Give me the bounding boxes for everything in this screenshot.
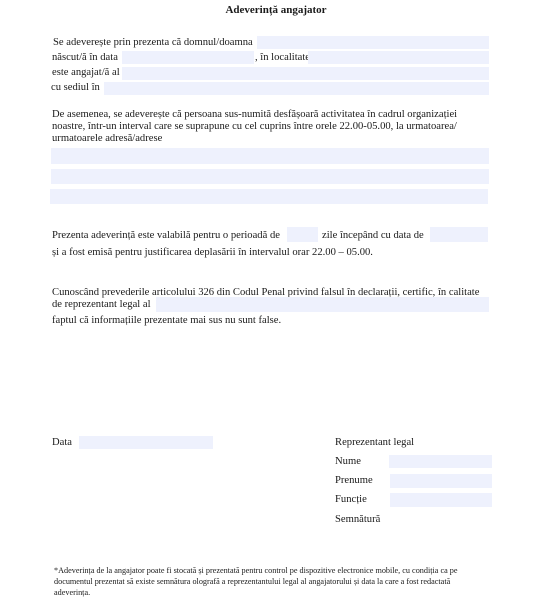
- declaration-text-line2: de reprezentant legal al: [52, 299, 151, 311]
- rep-surname-field[interactable]: [390, 474, 492, 488]
- activity-text-line2: noastre, într-un interval care se suprap…: [52, 121, 457, 133]
- birth-date-label: născut/ă în data: [52, 52, 118, 64]
- surname-label: Prenume: [335, 475, 373, 487]
- name-label: Nume: [335, 456, 361, 468]
- function-label: Funcție: [335, 494, 367, 506]
- locality-field[interactable]: [308, 51, 489, 64]
- employer-field[interactable]: [122, 67, 489, 80]
- address-field-1[interactable]: [51, 148, 489, 164]
- declaration-text-line3: faptul că informațiile prezentate mai su…: [52, 315, 281, 327]
- validity-text-b: zile începând cu data de: [322, 230, 424, 242]
- locality-label: , în localitatea: [255, 52, 315, 64]
- legal-rep-heading: Reprezentant legal: [335, 437, 414, 449]
- footnote-line3: adeverința.: [54, 587, 90, 598]
- employer-label: este angajat/ă al: [52, 67, 120, 79]
- address-field-2[interactable]: [51, 169, 489, 184]
- headquarters-field[interactable]: [104, 82, 489, 95]
- address-field-3[interactable]: [50, 189, 488, 204]
- document-title: Adeverință angajator: [0, 4, 539, 16]
- start-date-field[interactable]: [430, 227, 488, 242]
- legal-entity-field[interactable]: [156, 297, 489, 312]
- activity-text-line3: urmatoarele adresă/adrese: [52, 133, 162, 145]
- date-field[interactable]: [79, 436, 213, 449]
- signature-label: Semnătură: [335, 514, 380, 526]
- activity-text-line1: De asemenea, se adeverește că persoana s…: [52, 109, 457, 121]
- days-field[interactable]: [287, 227, 318, 242]
- rep-name-field[interactable]: [389, 455, 492, 468]
- date-label: Data: [52, 437, 72, 449]
- headquarters-label: cu sediul în: [51, 82, 100, 94]
- footnote-line2: documentul prezentat să existe semnătura…: [54, 576, 450, 587]
- intro-label: Se adeverește prin prezenta că domnul/do…: [53, 37, 253, 49]
- footnote-line1: *Adeverința de la angajator poate fi sto…: [54, 565, 458, 576]
- birth-date-field[interactable]: [122, 51, 254, 64]
- validity-text-a: Prezenta adeverință este valabilă pentru…: [52, 230, 280, 242]
- employee-name-field[interactable]: [257, 36, 489, 49]
- validity-text-line2: și a fost emisă pentru justificarea depl…: [52, 247, 373, 259]
- rep-function-field[interactable]: [390, 493, 492, 507]
